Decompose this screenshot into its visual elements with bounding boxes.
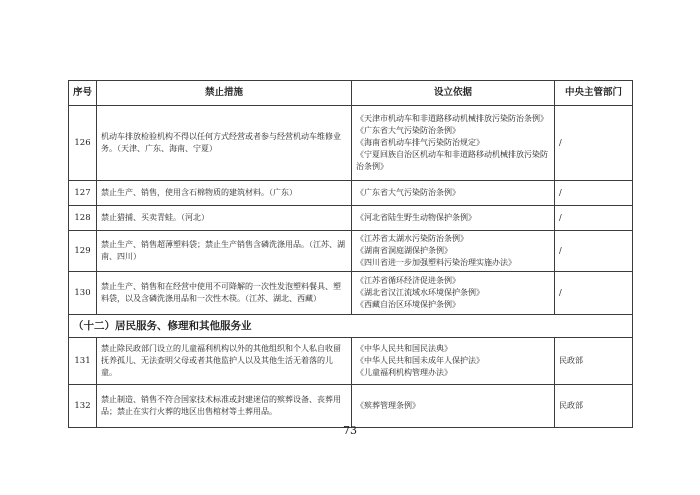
col-header-measure: 禁止措施	[97, 81, 352, 106]
row-number-cell: 127	[69, 181, 97, 206]
document-page: 序号 禁止措施 设立依据 中央主管部门 126 机动车排放检验机构不得以任何方式…	[0, 0, 700, 495]
table-row: 130 禁止生产、销售和在经营中使用不可降解的一次性发泡塑料餐具、塑料袋，以及含…	[69, 272, 633, 315]
measure-cell: 禁止制造、销售不符合国家技术标准或封建迷信的殡葬设备、丧葬用品；禁止在实行火葬的…	[97, 385, 352, 428]
row-number-cell: 132	[69, 385, 97, 428]
department-cell: /	[555, 206, 633, 231]
page-number: 73	[68, 424, 632, 437]
row-number-cell: 131	[69, 338, 97, 385]
department-cell: /	[555, 181, 633, 206]
measure-cell: 禁止生产、销售，使用含石棉物质的建筑材料。（广东）	[97, 181, 352, 206]
basis-cell: 《殡葬管理条例》	[352, 385, 555, 428]
row-number-cell: 126	[69, 106, 97, 181]
basis-cell: 《江苏省太湖水污染防治条例》 《湖南省洞庭湖保护条例》 《四川省进一步加强塑料污…	[352, 231, 555, 272]
department-cell: /	[555, 272, 633, 315]
measure-cell: 禁止生产、销售和在经营中使用不可降解的一次性发泡塑料餐具、塑料袋，以及含磷洗涤用…	[97, 272, 352, 315]
row-number-cell: 128	[69, 206, 97, 231]
table-row: 127 禁止生产、销售，使用含石棉物质的建筑材料。（广东） 《广东省大气污染防治…	[69, 181, 633, 206]
basis-cell: 《天津市机动车和非道路移动机械排放污染防治条例》 《广东省大气污染防治条例》 《…	[352, 106, 555, 181]
table-row: 129 禁止生产、销售超薄塑料袋；禁止生产销售含磷洗涤用品。（江苏、湖南、四川）…	[69, 231, 633, 272]
department-cell: /	[555, 231, 633, 272]
basis-cell: 《河北省陆生野生动物保护条例》	[352, 206, 555, 231]
measure-cell: 禁止生产、销售超薄塑料袋；禁止生产销售含磷洗涤用品。（江苏、湖南、四川）	[97, 231, 352, 272]
table-row: 131 禁止除民政部门设立的儿童福利机构以外的其他组织和个人私自收留抚养孤儿、无…	[69, 338, 633, 385]
table-row: 128 禁止猎捕、买卖青蛙。（河北） 《河北省陆生野生动物保护条例》 /	[69, 206, 633, 231]
basis-cell: 《江苏省循环经济促进条例》 《湖北省汉江流域水环境保护条例》 《西藏自治区环境保…	[352, 272, 555, 315]
col-header-no: 序号	[69, 81, 97, 106]
prohibition-measures-table: 序号 禁止措施 设立依据 中央主管部门 126 机动车排放检验机构不得以任何方式…	[68, 80, 633, 428]
col-header-basis: 设立依据	[352, 81, 555, 106]
measure-cell: 禁止猎捕、买卖青蛙。（河北）	[97, 206, 352, 231]
table-row: 132 禁止制造、销售不符合国家技术标准或封建迷信的殡葬设备、丧葬用品；禁止在实…	[69, 385, 633, 428]
row-number-cell: 130	[69, 272, 97, 315]
table-row: 126 机动车排放检验机构不得以任何方式经营或者参与经营机动车维修业务。（天津、…	[69, 106, 633, 181]
basis-cell: 《中华人民共和国民法典》 《中华人民共和国未成年人保护法》 《儿童福利机构管理办…	[352, 338, 555, 385]
section-header-row: （十二）居民服务、修理和其他服务业	[69, 315, 633, 338]
table-header-row: 序号 禁止措施 设立依据 中央主管部门	[69, 81, 633, 106]
measure-cell: 机动车排放检验机构不得以任何方式经营或者参与经营机动车维修业务。（天津、广东、海…	[97, 106, 352, 181]
col-header-department: 中央主管部门	[555, 81, 633, 106]
basis-cell: 《广东省大气污染防治条例》	[352, 181, 555, 206]
department-cell: 民政部	[555, 338, 633, 385]
department-cell: 民政部	[555, 385, 633, 428]
section-title: （十二）居民服务、修理和其他服务业	[69, 315, 633, 338]
department-cell: /	[555, 106, 633, 181]
row-number-cell: 129	[69, 231, 97, 272]
measure-cell: 禁止除民政部门设立的儿童福利机构以外的其他组织和个人私自收留抚养孤儿、无法查明父…	[97, 338, 352, 385]
